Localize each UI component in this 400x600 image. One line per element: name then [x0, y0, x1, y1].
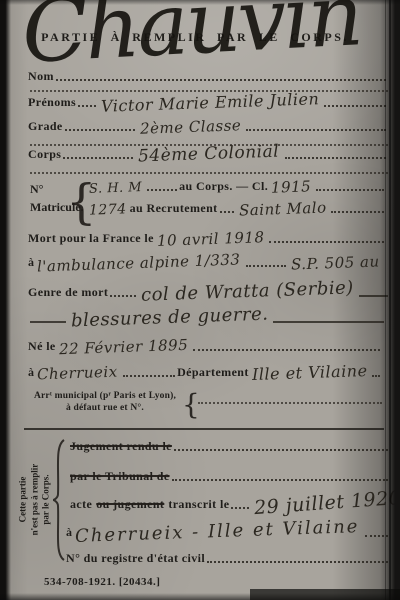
scan-edge-bottom	[0, 593, 400, 600]
field-row-naissance: Né le 22 Février 1895	[28, 334, 382, 356]
matricule-corps-label: au Corps. — Cl.	[179, 179, 268, 196]
field-row-prenoms: Prénoms Victor Marie Emile Julien	[28, 90, 388, 112]
registre-label: N° du registre d'état civil	[66, 551, 205, 568]
matricule-corps-value: S. H. M	[86, 180, 146, 197]
lieu-mort-value2: S.P. 505 au	[288, 252, 383, 273]
dotted-line	[147, 189, 177, 191]
field-row-jugement: Jugement rendu le	[70, 436, 390, 456]
printer-code: 534-708-1921. [20434.]	[44, 576, 160, 588]
field-row-acte: acte ou jugement transcrit le 29 juillet…	[70, 490, 390, 514]
matricule-recrutement-label: au Recrutement	[130, 201, 218, 218]
dotted-line	[331, 211, 384, 213]
dotted-line	[324, 105, 386, 107]
grade-value: 2ème Classe	[136, 116, 244, 138]
mort-label: Mort pour la France le	[28, 231, 154, 248]
prenoms-value: Victor Marie Emile Julien	[98, 89, 323, 116]
matricule-recrutement-value: 1274	[86, 201, 130, 219]
acte-value: 29 juillet 1920	[251, 487, 400, 520]
arrondissement-label-line2: à défaut rue et N°.	[30, 402, 180, 414]
lieu-mort-value: l'ambulance alpine 1/333	[34, 250, 244, 275]
dotted-line	[285, 157, 387, 159]
corps-value: 54ème Colonial	[135, 141, 283, 166]
genre-mort-value-line2: blessures de guerre.	[68, 303, 272, 331]
field-row-mort: Mort pour la France le 10 avril 1918	[28, 228, 386, 248]
ruling-line	[198, 402, 382, 404]
side-note-line1: Cette partie	[17, 435, 29, 565]
genre-mort-label: Genre de mort	[28, 285, 108, 302]
genre-mort-value: col de Wratta (Serbie)	[138, 277, 357, 306]
acte-label-pre: acte	[70, 497, 92, 514]
dotted-line	[65, 129, 135, 131]
matricule-row-recrutement: 1274 au Recrutement Saint Malo	[86, 198, 386, 218]
tribunal-label: par le Tribunal de	[70, 469, 170, 486]
dotted-line	[372, 375, 380, 377]
matricule-row-corps: S. H. M au Corps. — Cl. 1915	[86, 176, 386, 196]
matricule-recrutement-place: Saint Malo	[235, 198, 329, 219]
matricule-classe-value: 1915	[268, 177, 315, 197]
naissance-label: Né le	[28, 339, 56, 356]
field-row-lieu-transcription: à Cherrueix - Ille et Vilaine	[66, 516, 390, 542]
field-row-lieu-naissance: à Cherrueix Département Ille et Vilaine	[28, 360, 382, 382]
departement-label: Département	[177, 365, 249, 382]
side-note: Cette partie n'est pas à remplir par le …	[17, 435, 52, 565]
dotted-line	[365, 535, 388, 537]
field-row-genre-mort-2: blessures de guerre.	[28, 304, 386, 328]
dotted-line	[207, 561, 388, 563]
prenoms-label: Prénoms	[28, 95, 76, 112]
field-row-corps: Corps 54ème Colonial	[28, 142, 388, 164]
field-row-tribunal: par le Tribunal de	[70, 466, 390, 486]
field-row-registre: N° du registre d'état civil	[66, 550, 390, 568]
naissance-value: 22 Février 1895	[55, 336, 191, 359]
arrondissement-label-line1: Arrᵗ municipal (pʳ Paris et Lyon),	[30, 390, 180, 402]
acte-label-struck: ou jugement	[96, 497, 164, 514]
dotted-line	[63, 157, 133, 159]
grade-label: Grade	[28, 119, 63, 136]
lieu-naissance-value: Cherrueix	[34, 362, 121, 383]
mort-value: 10 avril 1918	[154, 228, 268, 250]
solid-line	[273, 321, 384, 323]
section-divider	[24, 428, 384, 430]
departement-value: Ille et Vilaine	[248, 361, 370, 384]
acte-label-post: transcrit le	[168, 497, 229, 514]
dotted-line	[56, 79, 386, 81]
side-note-line2: n'est pas à remplir	[29, 435, 41, 565]
lieu-transcription-value: Cherrueix - Ille et Vilaine	[72, 516, 363, 547]
solid-line	[30, 321, 66, 323]
arrondissement-brace: {	[182, 388, 200, 421]
solid-line	[359, 295, 388, 297]
corps-label: Corps	[28, 147, 61, 164]
field-row-grade: Grade 2ème Classe	[28, 114, 388, 136]
section-brace	[50, 438, 66, 562]
dotted-line	[78, 105, 96, 107]
dotted-line	[110, 295, 136, 297]
dotted-line	[316, 189, 384, 191]
dotted-line	[246, 129, 386, 131]
arrondissement-label: Arrᵗ municipal (pʳ Paris et Lyon), à déf…	[30, 390, 180, 415]
matricule-label-line1: N°	[30, 182, 43, 197]
scan-corner-bottom-right	[250, 589, 400, 600]
jugement-label: Jugement rendu le	[70, 439, 172, 456]
dotted-line	[231, 507, 249, 509]
death-record-card: PARTIE À REMPLIR PAR LE CORPS. Chauvin N…	[0, 0, 400, 600]
dotted-line	[269, 241, 384, 243]
dotted-line	[174, 449, 388, 451]
scan-edge-left	[0, 0, 11, 600]
field-row-lieu-mort: à l'ambulance alpine 1/333 S.P. 505 au	[28, 252, 386, 272]
dotted-line	[246, 265, 286, 267]
field-row-genre-mort: Genre de mort col de Wratta (Serbie)	[28, 278, 390, 302]
dotted-line	[220, 211, 234, 213]
dotted-line	[172, 479, 388, 481]
dotted-line	[123, 375, 175, 377]
dotted-line	[193, 349, 380, 351]
